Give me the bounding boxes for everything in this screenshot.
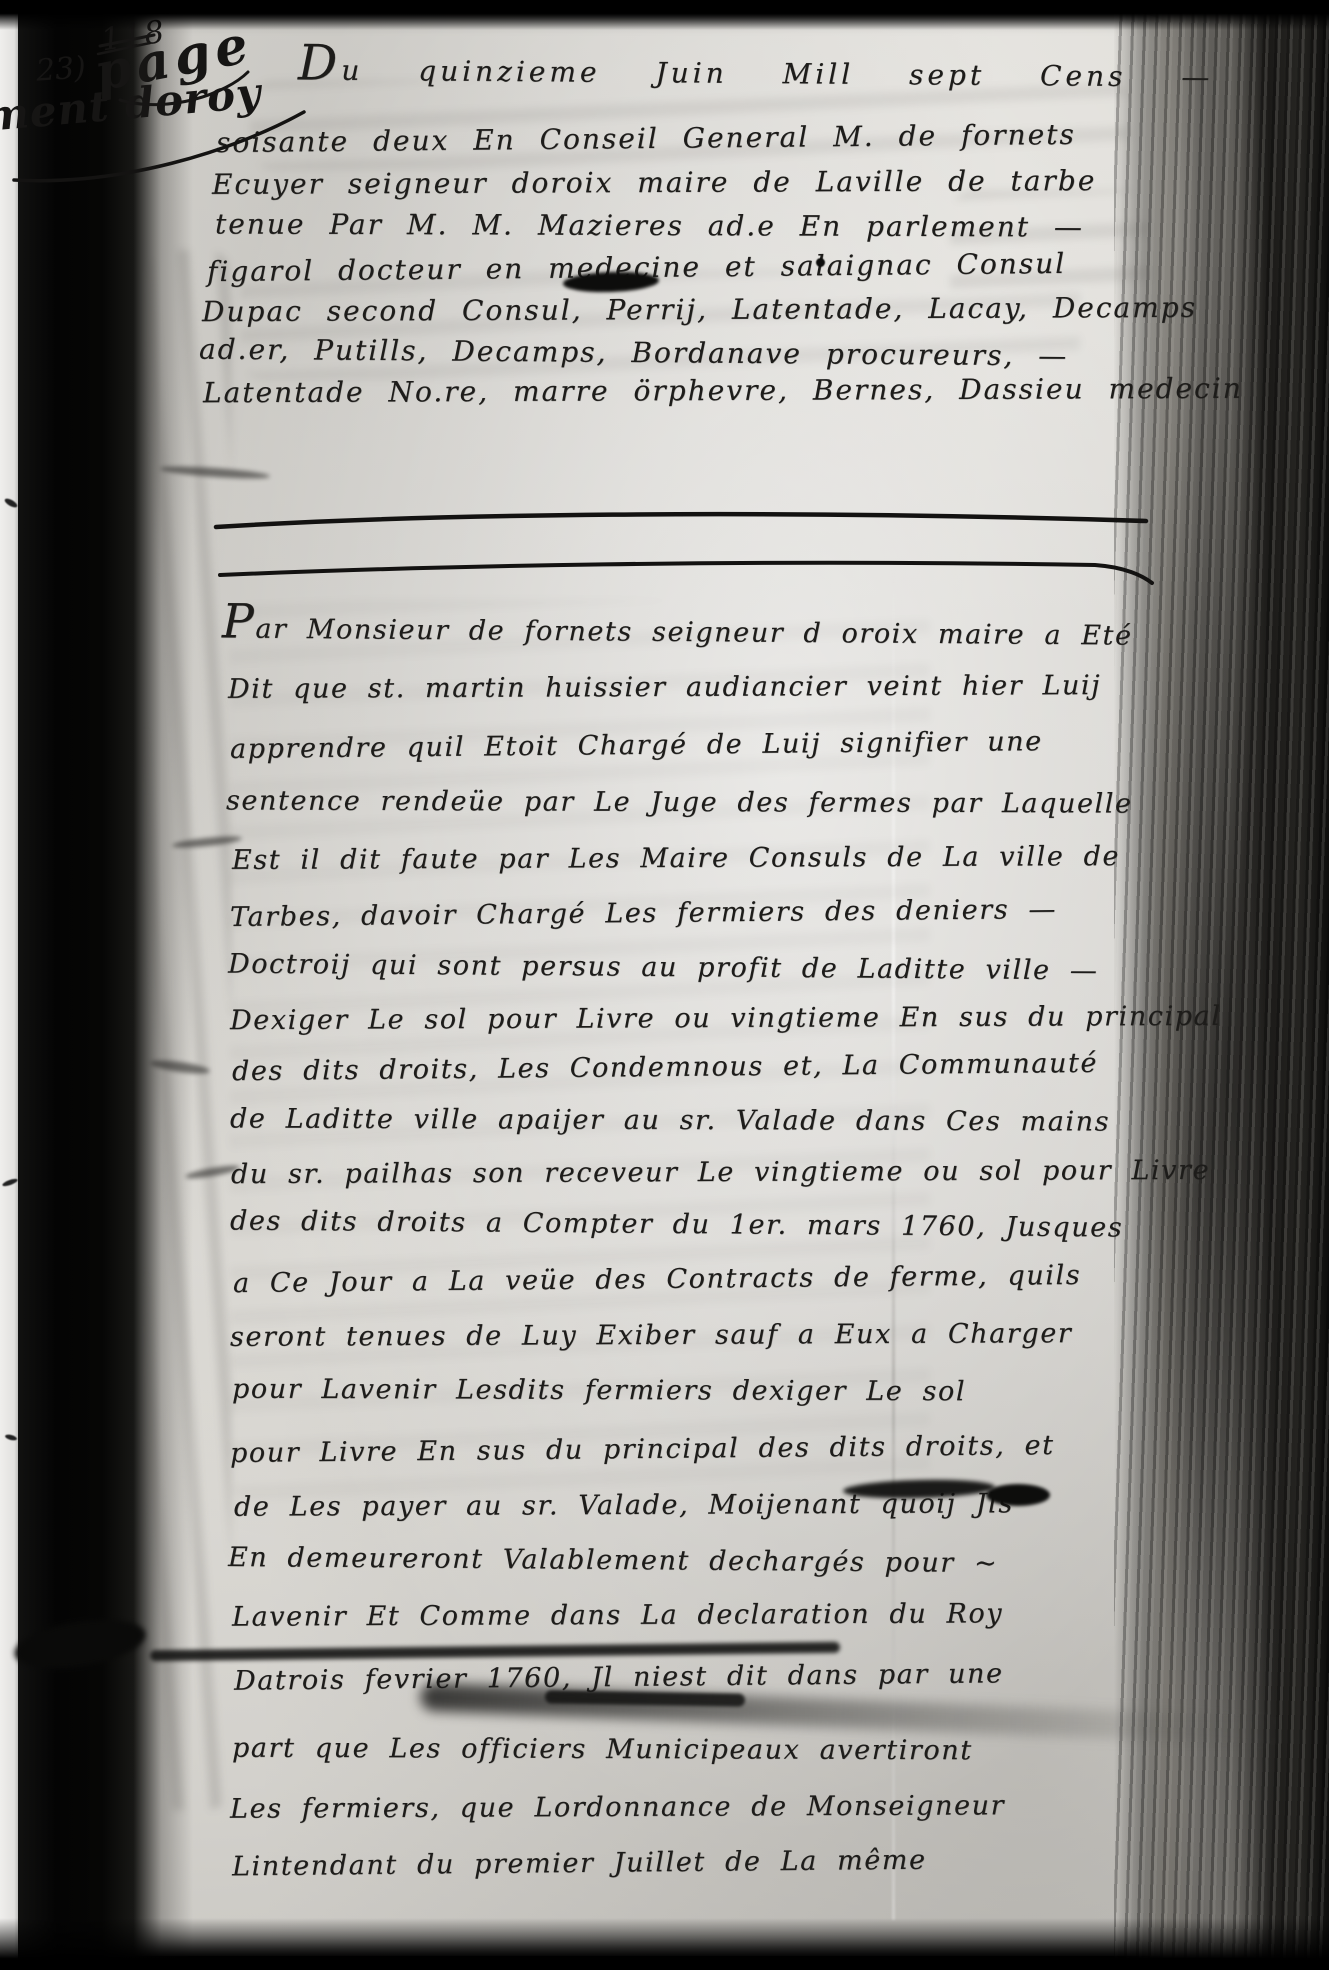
- photo-bottom-shadow: [0, 1918, 1329, 1970]
- body-line: du sr. pailhas son receveur Le vingtieme…: [231, 1155, 1210, 1190]
- header-line: Dupac second Consul, Perrij, Latentade, …: [202, 291, 1197, 328]
- body-line: pour Lavenir Lesdits fermiers dexiger Le…: [232, 1374, 966, 1408]
- body-line: Lavenir Et Comme dans La declaration du …: [232, 1598, 1003, 1632]
- header-line: Latentade No.re, marre örphevre, Bernes,…: [203, 372, 1243, 410]
- body-line: Par Monsieur de fornets seigneur d oroix…: [222, 608, 1133, 651]
- body-line: Les fermiers, que Lordonnance de Monseig…: [230, 1790, 1005, 1824]
- body-line: En demeureront Valablement dechargés pou…: [228, 1542, 998, 1579]
- photo-top-shadow: [0, 0, 1329, 30]
- gutter-shadow: [18, 0, 193, 1970]
- header-line: ad.er, Putills, Decamps, Bordanave procu…: [199, 333, 1069, 373]
- manuscript-photo: 118 23) page ment doroy Du quinzieme Jui…: [0, 0, 1329, 1970]
- header-line: Ecuyer seigneur doroix maire de Laville …: [212, 164, 1096, 201]
- body-line: Dit que st. martin huissier audiancier v…: [228, 670, 1101, 705]
- ink-blot: [986, 1484, 1050, 1506]
- header-line: tenue Par M. M. Mazieres ad.e En parleme…: [215, 207, 1084, 243]
- body-line: Est il dit faute par Les Maire Consuls d…: [232, 841, 1120, 876]
- body-line: part que Les officiers Municipeaux avert…: [232, 1733, 973, 1767]
- body-line: de Laditte ville apaijer au sr. Valade d…: [230, 1103, 1110, 1137]
- ink-dot: [816, 258, 825, 267]
- body-line: seront tenues de Luy Exiber sauf a Eux a…: [230, 1318, 1073, 1353]
- header-line: Du quinzieme Juin Mill sept Cens —: [298, 48, 1214, 93]
- body-line: sentence rendeüe par Le Juge des fermes …: [226, 785, 1133, 819]
- body-line: Dexiger Le sol pour Livre ou vingtieme E…: [230, 1001, 1222, 1036]
